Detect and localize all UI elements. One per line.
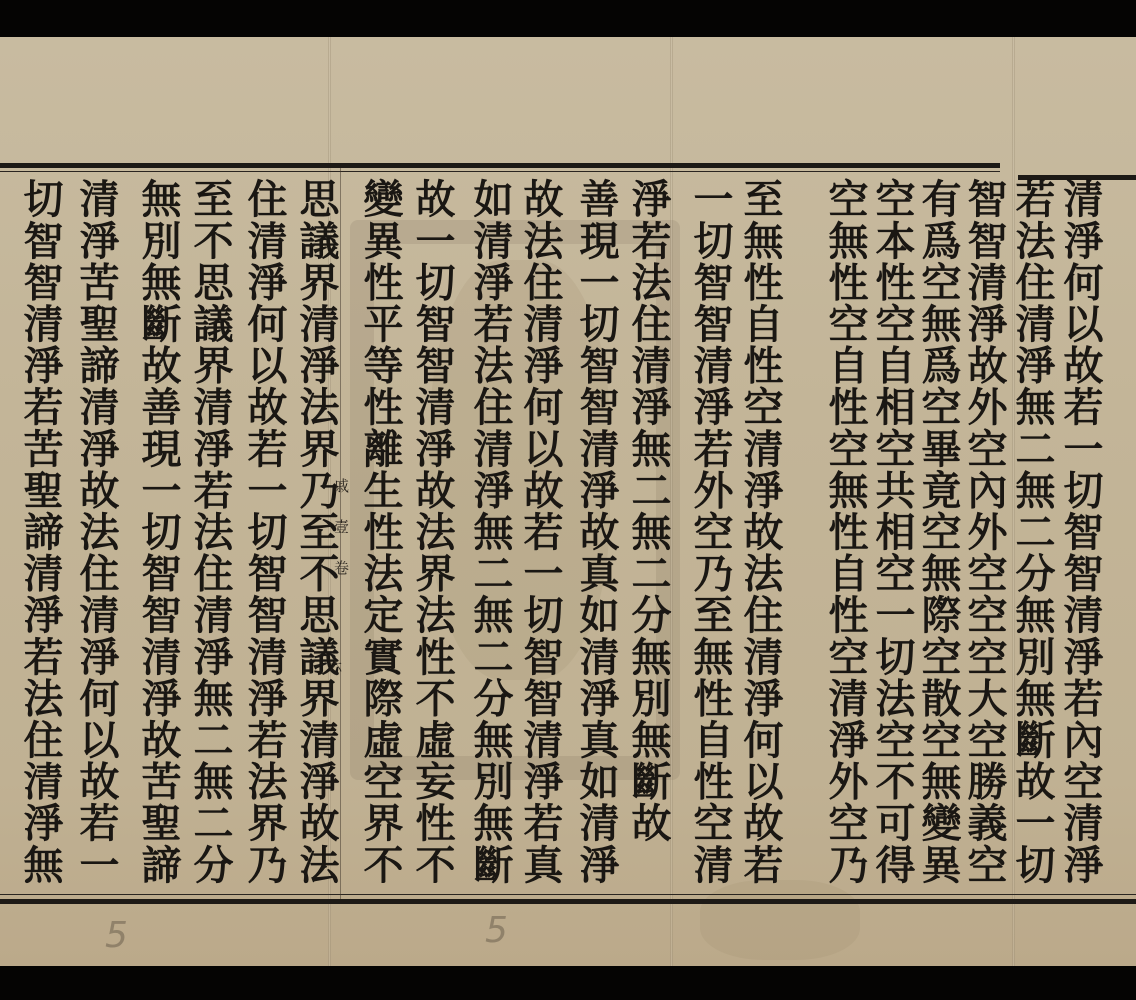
frame-rule-top (0, 171, 1000, 172)
text-column-11: 故法住清淨何以故若一切智智清淨若真 (520, 178, 560, 885)
text-column-1: 清淨何以故若一切智智清淨若內空清淨 (1060, 178, 1100, 885)
text-column-13: 故一切智智清淨故法界法性不虛妄性不 (412, 178, 452, 885)
text-column-14: 變異性平等性離生性法定實際虛空界不 (360, 178, 400, 885)
pencil-mark: 5 (105, 915, 128, 956)
text-column-9: 淨若法住清淨無二無二分無別無斷故 (628, 178, 668, 844)
paper-stain (700, 880, 860, 960)
text-column-5: 空本性空自相空共相空一切法空不可得 (872, 178, 912, 885)
text-column-12: 如清淨若法住清淨無二無二分無別無斷 (470, 178, 510, 885)
center-page-number: 六 (329, 656, 342, 675)
pencil-mark: 5 (485, 910, 508, 951)
text-column-3: 智智清淨故外空內外空空空大空勝義空 (964, 178, 1004, 885)
frame-rule-bottom (0, 894, 1136, 895)
center-volume-label: 戚 壹 卷 (331, 478, 352, 579)
text-column-8: 一切智智清淨若外空乃至無性自性空清 (690, 178, 730, 885)
text-column-4: 有爲空無爲空畢竟空無際空散空無變異 (918, 178, 958, 885)
text-column-17: 至不思議界清淨若法住清淨無二無二分 (190, 178, 230, 885)
text-column-6: 空無性空自性空無性自性空清淨外空乃 (825, 178, 865, 885)
frame-border-bottom (0, 899, 1136, 904)
text-column-7: 至無性自性空清淨故法住清淨何以故若 (740, 178, 780, 885)
text-column-16: 住清淨何以故若一切智智清淨若法界乃 (244, 178, 284, 885)
text-column-18: 無別無斷故善現一切智智清淨故苦聖諦 (138, 178, 178, 885)
text-column-10: 善現一切智智清淨故真如清淨真如清淨 (576, 178, 616, 885)
text-column-20: 切智智清淨若苦聖諦清淨若法住清淨無 (20, 178, 60, 885)
frame-border-top (0, 163, 1000, 168)
text-column-2: 若法住清淨無二無二分無別無斷故一切 (1012, 178, 1052, 885)
text-column-15: 思議界清淨法界乃至不思議界清淨故法 (296, 178, 336, 885)
text-column-19: 清淨苦聖諦清淨故法住清淨何以故若一 (76, 178, 116, 885)
